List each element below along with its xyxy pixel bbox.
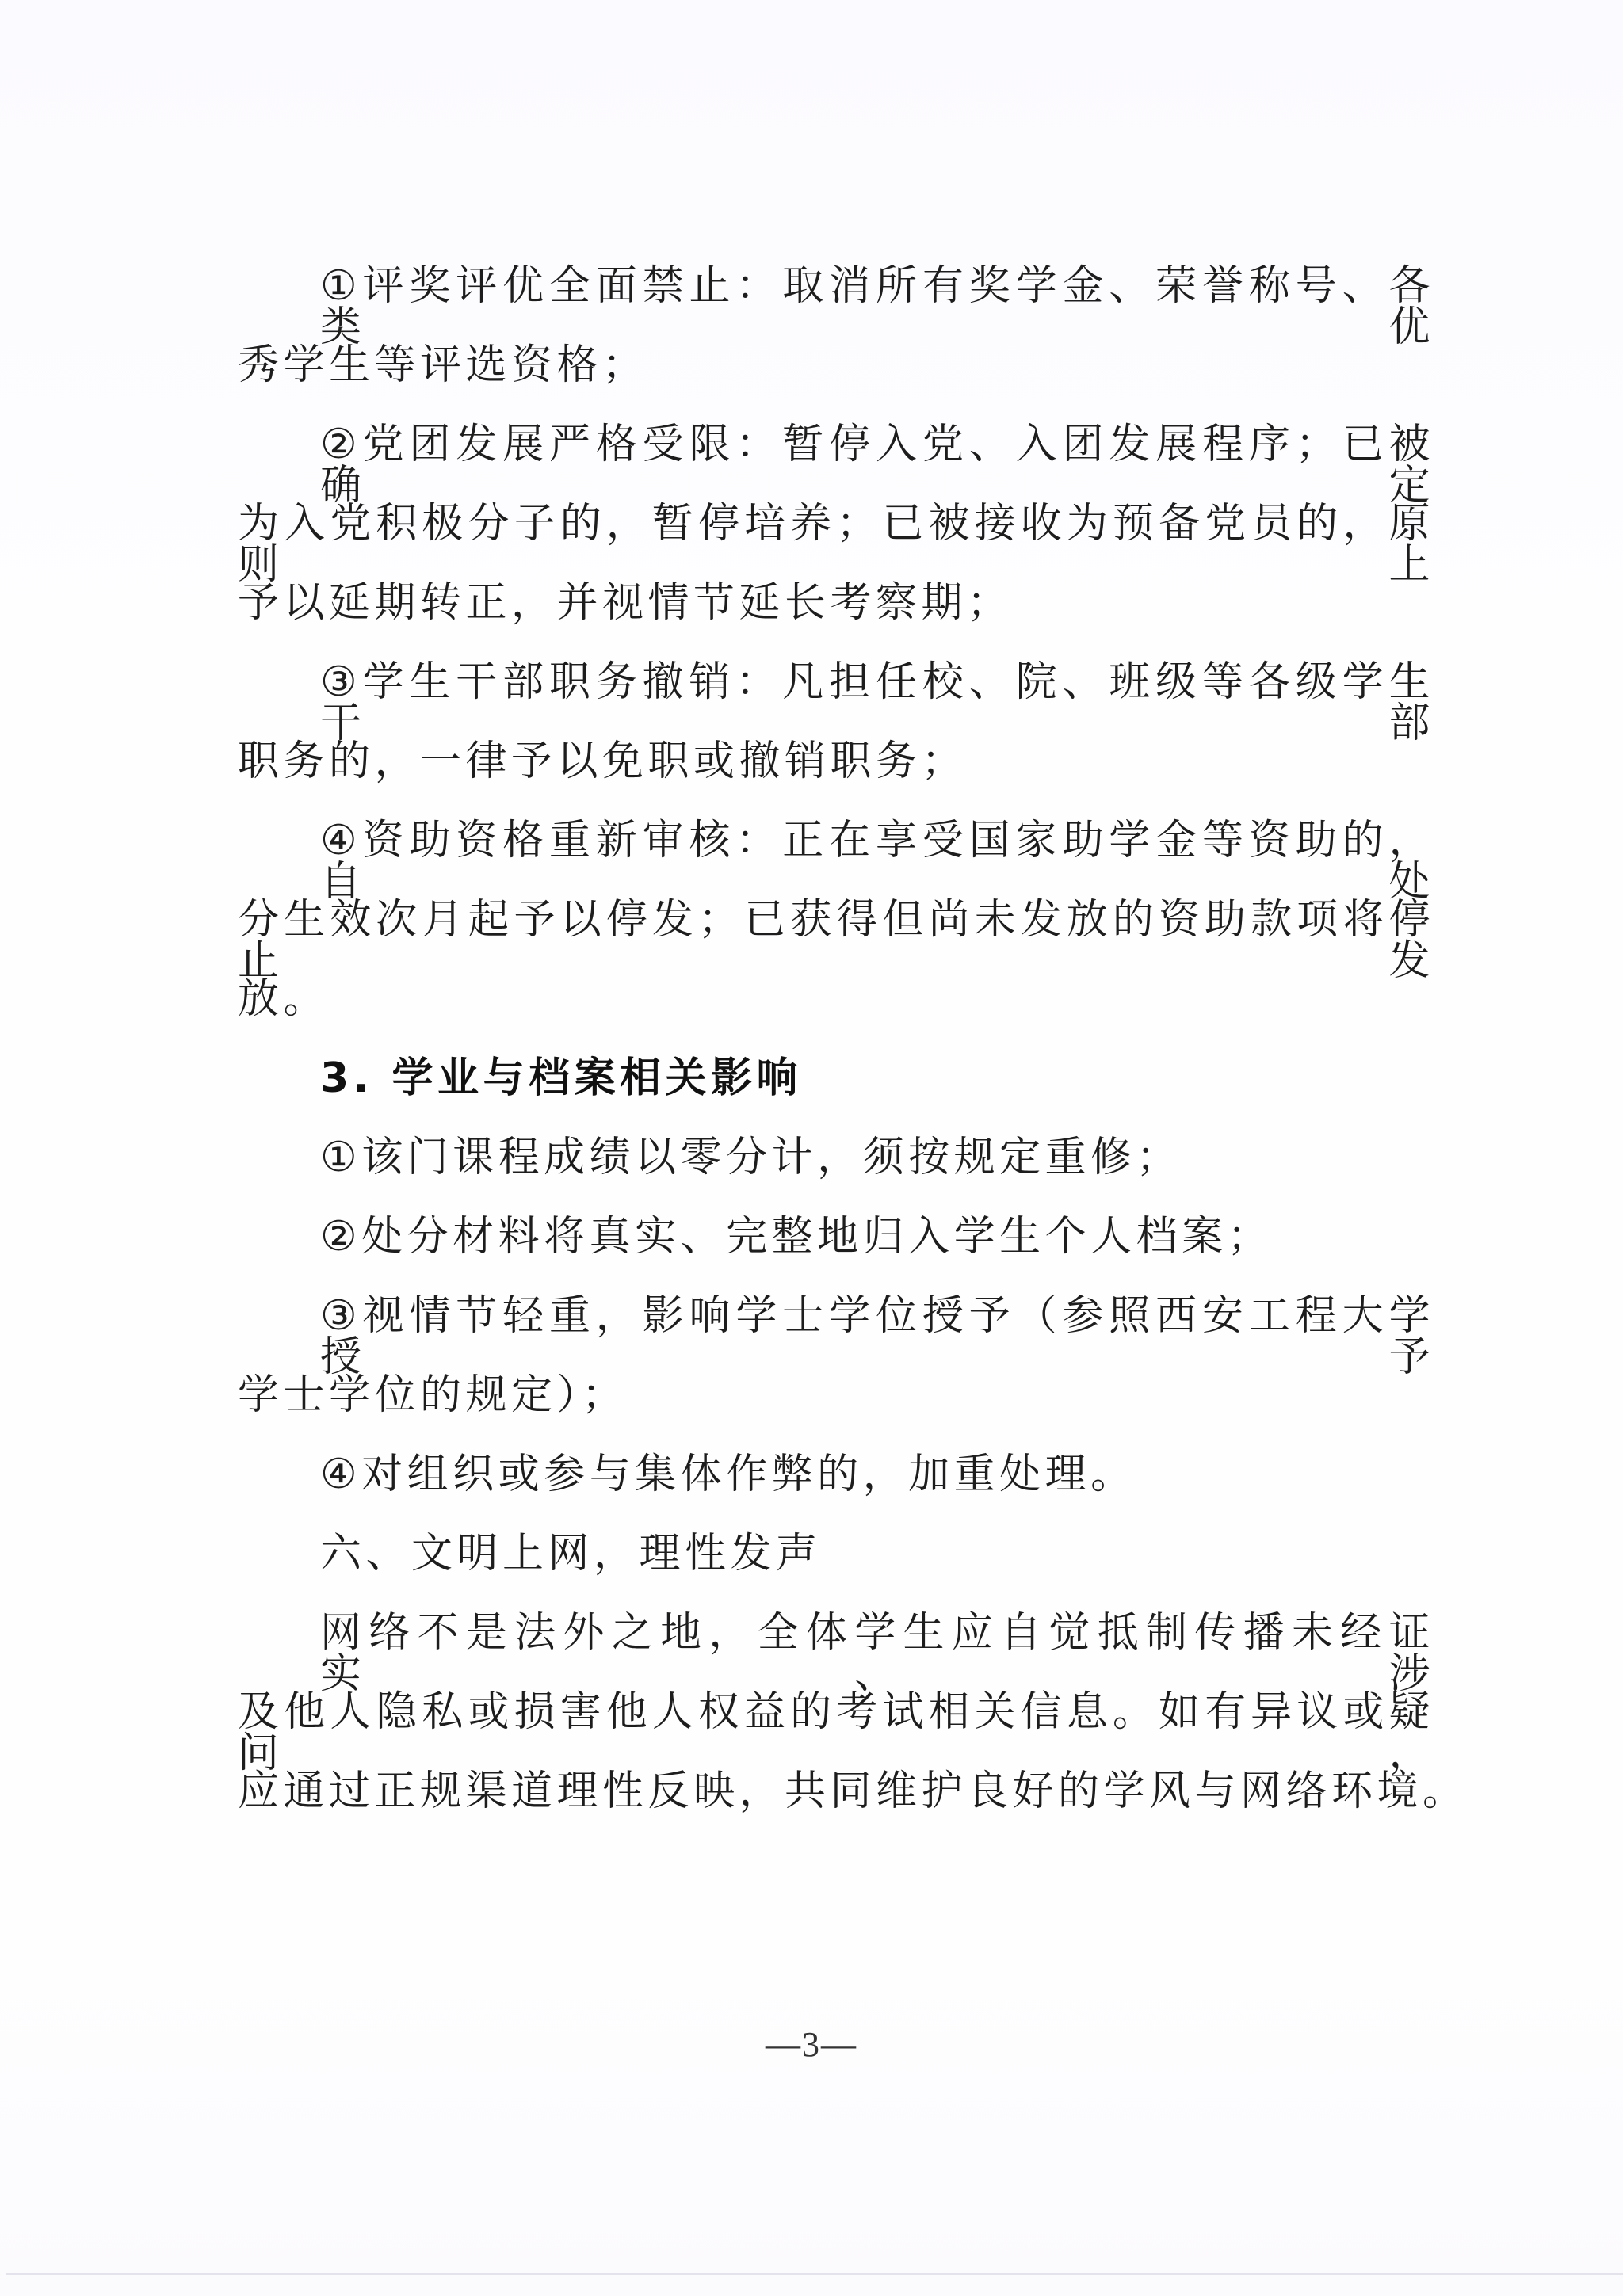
cadre-revocation-line-1: ③学生干部职务撤销：凡担任校、院、班级等各级学生干部 [238, 662, 1434, 703]
academic-item-zero-score: ①该门课程成绩以零分计，须按规定重修； [238, 1137, 1434, 1178]
aid-review-line-2: 分生效次月起予以停发；已获得但尚未发放的资助款项将停止发 [238, 899, 1434, 940]
awards-ban-line-1: ①评奖评优全面禁止：取消所有奖学金、荣誉称号、各类优 [238, 265, 1434, 307]
section-six-body-line-2: 及他人隐私或损害他人权益的考试相关信息。如有异议或疑问， [238, 1691, 1434, 1733]
page-bottom-edge [6, 2273, 1623, 2275]
academic-item-group-cheating: ④对组织或参与集体作弊的，加重处理。 [238, 1454, 1434, 1495]
document-body: ①评奖评优全面禁止：取消所有奖学金、荣誉称号、各类优 秀学生等评选资格； ②党团… [238, 265, 1434, 1850]
academic-item-archive: ②处分材料将真实、完整地归入学生个人档案； [238, 1216, 1434, 1257]
academic-impact-heading: 3. 学业与档案相关影响 [238, 1058, 1434, 1099]
party-restriction-line-1: ②党团发展严格受限：暂停入党、入团发展程序；已被确定 [238, 424, 1434, 465]
aid-review-line-1: ④资助资格重新审核：正在享受国家助学金等资助的，自处 [238, 820, 1434, 861]
section-six-heading: 六、文明上网，理性发声 [238, 1533, 1434, 1574]
section-six-body-line-3: 应通过正规渠道理性反映，共同维护良好的学风与网络环境。 [238, 1771, 1434, 1812]
party-restriction-line-2: 为入党积极分子的，暂停培养；已被接收为预备党员的，原则上 [238, 503, 1434, 544]
section-six-body-line-1: 网络不是法外之地，全体学生应自觉抵制传播未经证实、涉 [238, 1612, 1434, 1653]
document-page: ①评奖评优全面禁止：取消所有奖学金、荣誉称号、各类优 秀学生等评选资格； ②党团… [0, 0, 1623, 2296]
academic-item-degree-line-1: ③视情节轻重，影响学士学位授予（参照西安工程大学授予 [238, 1295, 1434, 1337]
page-number: —3— [0, 2024, 1623, 2065]
